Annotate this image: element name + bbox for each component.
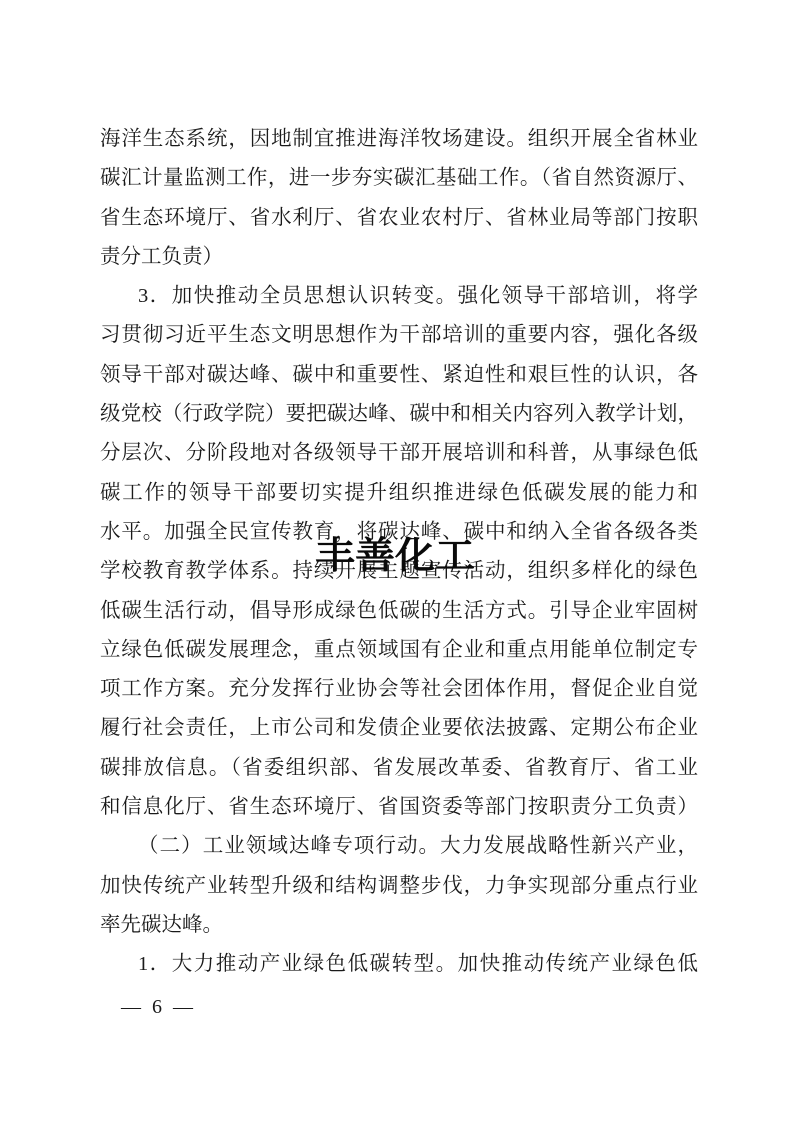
text-line: 责分工负责）: [100, 238, 698, 277]
text-line: 履行社会责任，上市公司和发债企业要依法披露、定期公布企业: [100, 709, 698, 748]
text-line: 省生态环境厅、省水利厅、省农业农村厅、省林业局等部门按职: [100, 199, 698, 238]
text-line: 碳汇计量监测工作，进一步夯实碳汇基础工作。（省自然资源厅、: [100, 159, 698, 198]
page-number: — 6 —: [121, 996, 196, 1019]
text-line: 立绿色低碳发展理念，重点领域国有企业和重点用能单位制定专: [100, 631, 698, 670]
text-line: （二）工业领域达峰专项行动。大力发展战略性新兴产业，: [100, 827, 698, 866]
text-line: 习贯彻习近平生态文明思想作为干部培训的重要内容，强化各级: [100, 316, 698, 355]
text-line: 3．加快推动全员思想认识转变。强化领导干部培训，将学: [100, 277, 698, 316]
text-line: 海洋生态系统，因地制宜推进海洋牧场建设。组织开展全省林业: [100, 120, 698, 159]
text-line: 加快传统产业转型升级和结构调整步伐，力争实现部分重点行业: [100, 867, 698, 906]
document-page: 海洋生态系统，因地制宜推进海洋牧场建设。组织开展全省林业碳汇计量监测工作，进一步…: [0, 0, 794, 1123]
text-line: 碳工作的领导干部要切实提升组织推进绿色低碳发展的能力和: [100, 474, 698, 513]
text-line: 低碳生活行动，倡导形成绿色低碳的生活方式。引导企业牢固树: [100, 592, 698, 631]
text-line: 领导干部对碳达峰、碳中和重要性、紧迫性和艰巨性的认识，各: [100, 356, 698, 395]
text-line: 级党校（行政学院）要把碳达峰、碳中和相关内容列入教学计划，: [100, 395, 698, 434]
text-line: 1．大力推动产业绿色低碳转型。加快推动传统产业绿色低: [100, 945, 698, 984]
text-line: 率先碳达峰。: [100, 906, 698, 945]
text-line: 和信息化厅、省生态环境厅、省国资委等部门按职责分工负责）: [100, 788, 698, 827]
watermark: 丰善化工: [315, 536, 475, 576]
text-line: 项工作方案。充分发挥行业协会等社会团体作用，督促企业自觉: [100, 670, 698, 709]
text-line: 碳排放信息。（省委组织部、省发展改革委、省教育厅、省工业: [100, 749, 698, 788]
text-line: 分层次、分阶段地对各级领导干部开展培训和科普，从事绿色低: [100, 434, 698, 473]
